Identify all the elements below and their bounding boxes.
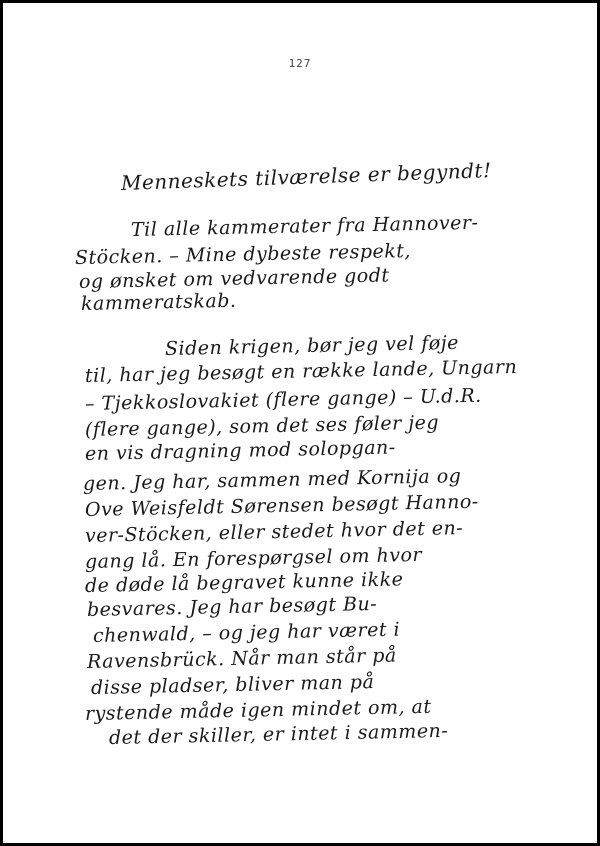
letter-line: gen. Jeg har, sammen med Kornija og	[83, 465, 462, 495]
letter-line: disse pladser, bliver man på	[91, 671, 375, 699]
letter-line: kammeratskab.	[81, 290, 237, 315]
letter-line: Ravensbrück. Når man står på	[87, 645, 397, 673]
letter-line: en vis dragning mod solopgan-	[85, 436, 396, 465]
letter-line: det der skiller, er intet i sammen-	[109, 720, 449, 749]
document-page: 127 Menneskets tilværelse er begyndt! Ti…	[0, 0, 600, 846]
page-number: 127	[3, 57, 597, 70]
letter-line: til, har jeg besøgt en række lande, Unga…	[85, 356, 518, 387]
letter-line: Ove Weisfeldt Sørensen besøgt Hanno-	[85, 491, 479, 521]
letter-line: Til alle kammerater fra Hannover-	[131, 212, 479, 241]
letter-line: ver-Stöcken, eller stedet hvor det en-	[85, 517, 464, 547]
letter-line: Siden krigen, bør jeg vel føje	[165, 332, 459, 360]
letter-title: Menneskets tilværelse er begyndt!	[121, 158, 492, 195]
letter-line: – Tjekkoslovakiet (flere gange) – U.d.R.	[85, 385, 482, 415]
letter-line: chenwald, – og jeg har været i	[93, 619, 401, 647]
letter-line: og ønsket om vedvarende godt	[79, 264, 390, 293]
letter-line: besvares. Jeg har besøgt Bu-	[87, 593, 378, 621]
